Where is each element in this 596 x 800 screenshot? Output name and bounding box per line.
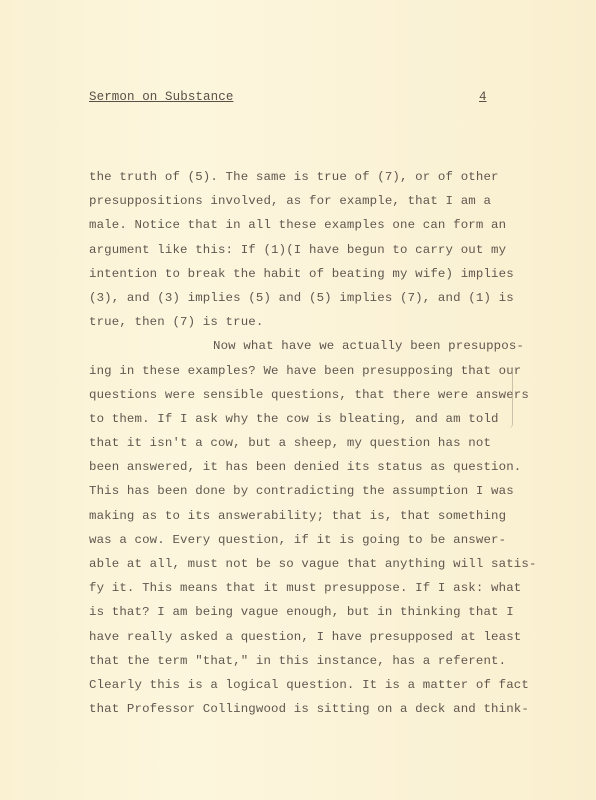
text-line: have really asked a question, I have pre… — [89, 625, 529, 649]
text-line: was a cow. Every question, if it is goin… — [89, 528, 529, 552]
text-line: that the term "that," in this instance, … — [89, 649, 529, 673]
text-line: that Professor Collingwood is sitting on… — [89, 697, 529, 721]
document-title: Sermon on Substance — [89, 90, 233, 104]
text-line: ing in these examples? We have been pres… — [89, 359, 529, 383]
text-line: Clearly this is a logical question. It i… — [89, 673, 529, 697]
text-line: male. Notice that in all these examples … — [89, 213, 529, 237]
body-text: the truth of (5). The same is true of (7… — [89, 165, 529, 721]
text-line: able at all, must not be so vague that a… — [89, 552, 529, 576]
text-line: argument like this: If (1)(I have begun … — [89, 238, 529, 262]
page-number: 4 — [479, 90, 487, 104]
text-line: This has been done by contradicting the … — [89, 479, 529, 503]
text-line: true, then (7) is true. — [89, 310, 529, 334]
text-line: been answered, it has been denied its st… — [89, 455, 529, 479]
pencil-margin-mark — [509, 368, 513, 428]
text-line: intention to break the habit of beating … — [89, 262, 529, 286]
text-line: making as to its answerability; that is,… — [89, 504, 529, 528]
text-line: presuppositions involved, as for example… — [89, 189, 529, 213]
typewritten-page: Sermon on Substance 4 the truth of (5). … — [0, 0, 596, 800]
text-line: that it isn't a cow, but a sheep, my que… — [89, 431, 529, 455]
text-line: (3), and (3) implies (5) and (5) implies… — [89, 286, 529, 310]
text-line: questions were sensible questions, that … — [89, 383, 529, 407]
text-line: is that? I am being vague enough, but in… — [89, 600, 529, 624]
text-line: the truth of (5). The same is true of (7… — [89, 165, 529, 189]
paragraph-start-line: Now what have we actually been presuppos… — [89, 334, 529, 358]
text-line: fy it. This means that it must presuppos… — [89, 576, 529, 600]
text-line: to them. If I ask why the cow is bleatin… — [89, 407, 529, 431]
